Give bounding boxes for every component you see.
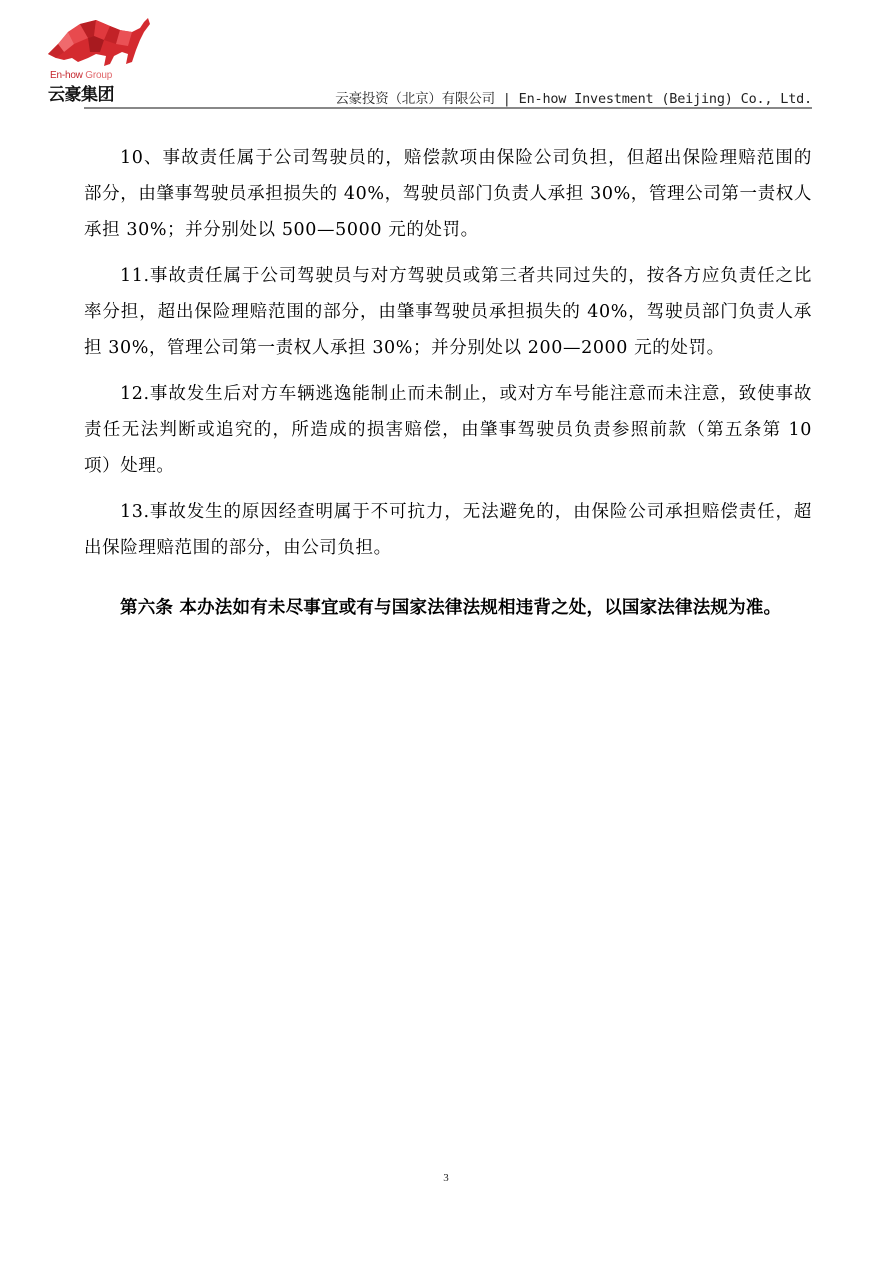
logo-chinese-name: 云豪集团 [48, 80, 114, 105]
company-logo: En-how Group 云豪集团 [44, 14, 156, 100]
page-number: 3 [0, 1172, 892, 1184]
header-divider [84, 107, 812, 109]
company-header-line: 云豪投资（北京）有限公司 | En-how Investment (Beijin… [335, 87, 812, 107]
document-body: 10、事故责任属于公司驾驶员的，赔偿款项由保险公司负担，但超出保险理赔范围的部分… [84, 140, 812, 630]
clause-13: 13.事故发生的原因经查明属于不可抗力，无法避免的，由保险公司承担赔偿责任，超出… [84, 494, 812, 566]
clause-10: 10、事故责任属于公司驾驶员的，赔偿款项由保险公司负担，但超出保险理赔范围的部分… [84, 140, 812, 248]
clause-12: 12.事故发生后对方车辆逃逸能制止而未制止，或对方车号能注意而未注意，致使事故责… [84, 376, 812, 484]
clause-11: 11.事故责任属于公司驾驶员与对方驾驶员或第三者共同过失的，按各方应负责任之比率… [84, 258, 812, 366]
bull-logo-icon [44, 14, 156, 72]
article-six: 第六条 本办法如有未尽事宜或有与国家法律法规相违背之处，以国家法律法规为准。 [84, 586, 812, 630]
